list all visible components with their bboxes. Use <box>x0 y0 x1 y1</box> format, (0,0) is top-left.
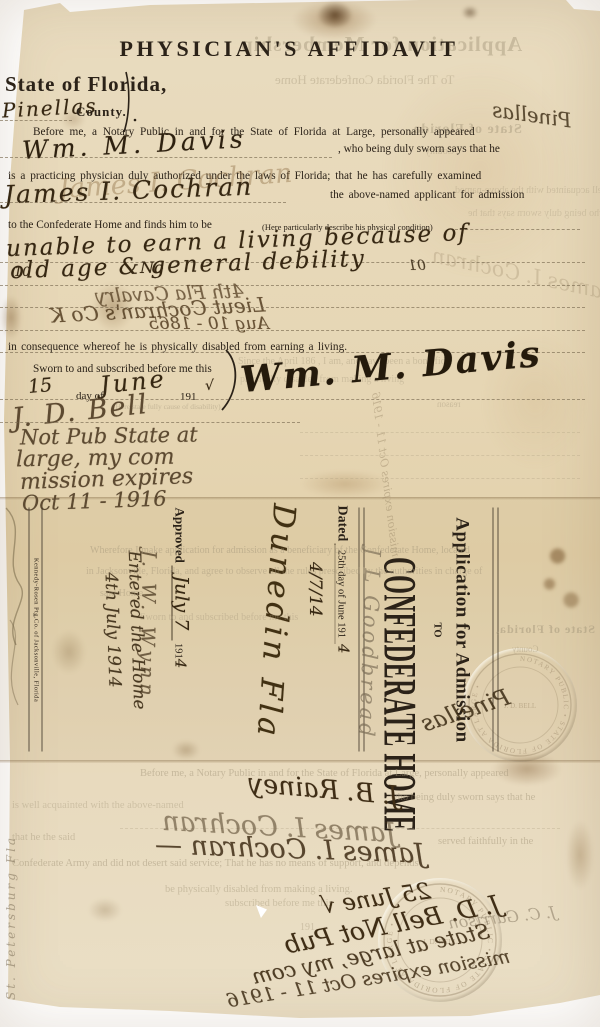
stain <box>0 295 22 340</box>
stain <box>536 540 590 620</box>
docket-dated-year: 4 <box>335 644 353 654</box>
form-line-4: the above-named applicant for admission <box>330 189 524 201</box>
docket-dated-value: 25th day of June 191 <box>335 544 347 644</box>
ghost-bottom-5: served faithfully in the <box>438 836 533 847</box>
day-value-handwritten: 15 <box>27 374 53 398</box>
ghost-bottom-3: is well acquainted with the above-named <box>12 800 184 811</box>
scanned-affidavit-page: { "doc": { "title": "PHYSICIAN'S AFFIDAV… <box>0 0 600 1027</box>
ghost-pledge-2: in Jacksonville, Florida, and agree to o… <box>86 566 482 577</box>
ghost-county-middle: County <box>512 644 539 654</box>
dotted-rule <box>455 229 580 230</box>
ghost-sworn: Sworn to and subscribed before me this <box>140 612 298 623</box>
docket-dated-row: Dated 25th day of June 1914 <box>334 506 353 654</box>
docket-approved-year: 4 <box>172 659 190 669</box>
year-print: 191 <box>180 391 197 403</box>
brace <box>118 70 140 134</box>
stain <box>318 2 352 28</box>
dotted-rule <box>0 120 72 121</box>
ghost-rule <box>300 455 580 456</box>
ghost-fragment: who being duly sworn says that he <box>468 208 600 219</box>
ghost-pledge-3: said Home. <box>100 588 146 599</box>
ghost-rule <box>300 478 580 479</box>
ghost-fragment: reason <box>437 399 461 409</box>
margin-note-no: No <box>140 258 164 277</box>
dotted-rule <box>0 285 585 286</box>
ghost-bottom-2: who being duly sworn says that he <box>390 792 535 803</box>
ghost-pledge-1: Wherefore I make application for admissi… <box>90 545 470 556</box>
ghost-subheading: To The Florida Confederate Home <box>275 72 454 88</box>
printer-credit: Kennedy-Rosen Ptg.Co. of Jacksonville, F… <box>33 498 40 763</box>
tick-mark: √ <box>205 378 214 394</box>
form-line-6: in consequence whereof he is physically … <box>8 341 347 353</box>
ghost-state-middle: State of Florida, <box>495 622 595 637</box>
stain <box>462 6 478 19</box>
dotted-rule <box>0 202 286 203</box>
stain <box>300 470 390 498</box>
form-line-2: , who being duly sworn says that he <box>338 143 500 155</box>
docket-printer-rule <box>42 508 43 752</box>
docket-approved-row: Approved July 7 1914 <box>171 508 193 669</box>
margin-pencil-note: St. Petersburg Fla <box>4 835 18 1000</box>
stain <box>566 820 594 890</box>
ghost-bottom-8: subscribed before me this <box>225 898 333 909</box>
margin-note-10: 10 <box>14 265 31 280</box>
ghost-bottom-4: that he the said <box>12 832 75 843</box>
docket-dated-label: Dated <box>335 506 350 542</box>
county-label: County. <box>76 104 127 120</box>
ghost-rule <box>300 432 580 433</box>
document-title: PHYSICIAN'S AFFIDAVIT <box>0 36 578 62</box>
stain <box>88 898 122 922</box>
docket-approved-year-print: 191 <box>173 643 184 659</box>
bleed-date-script: Aug 10 - 1865 <box>148 314 269 334</box>
margin-pen-flourish <box>0 500 32 715</box>
dotted-rule <box>0 307 585 308</box>
dotted-rule <box>0 330 585 331</box>
margin-note-mirrored: 01 <box>408 258 426 274</box>
